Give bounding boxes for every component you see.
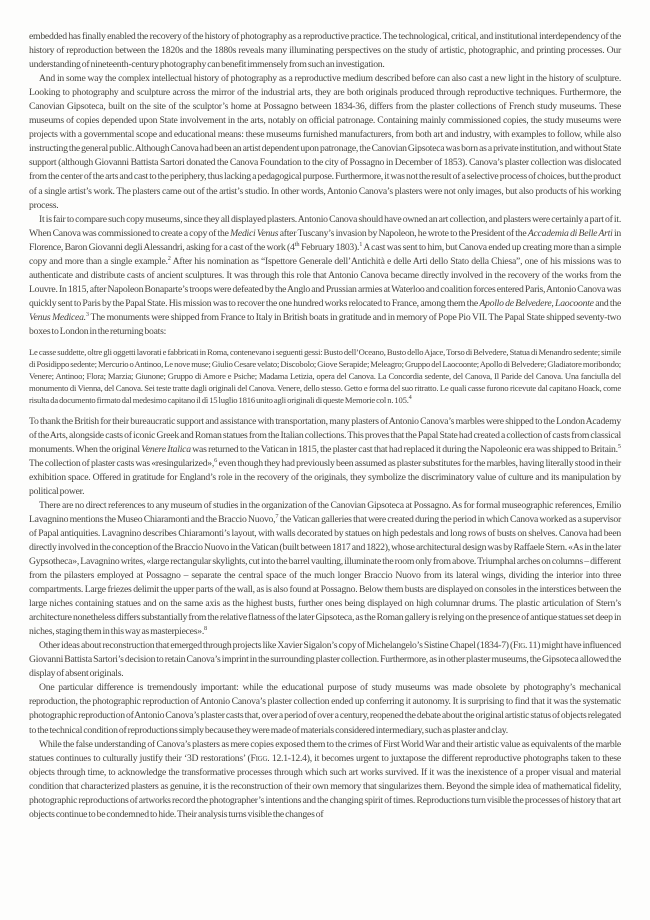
italic-text: Medici Venus (230, 228, 278, 239)
text-run: The collection of plaster casts was «res… (29, 458, 214, 469)
block-quote: Le casse suddette, oltre gli oggetti lav… (29, 346, 621, 406)
footnote-ref: 8 (204, 625, 207, 632)
text-run: after Tuscany’s invasion by Napoleon, he… (278, 228, 528, 239)
text-run: the Vatican galleries that were created … (29, 514, 621, 637)
smallcaps-figure-ref: Fig. (513, 640, 527, 651)
paragraph: While the false understanding of Canova’… (29, 738, 621, 822)
italic-text: Venus Medicea. (29, 312, 86, 323)
text-run: embedded has finally enabled the recover… (29, 31, 621, 70)
paragraph: There are no direct references to any mu… (29, 499, 621, 639)
text-run: February 1803). (300, 242, 360, 253)
paragraph: Other ideas about reconstruction that em… (29, 639, 621, 681)
paragraph: It is fair to compare such copy museums,… (29, 213, 621, 339)
italic-text: Venere Italica (141, 444, 191, 455)
text-run: Other ideas about reconstruction that em… (39, 640, 513, 651)
paragraph: embedded has finally enabled the recover… (29, 30, 621, 72)
text-column: embedded has finally enabled the recover… (29, 30, 621, 822)
paragraph: And in some way the complex intellectual… (29, 72, 621, 212)
text-run: was returned to the Vatican in 1815, the… (191, 444, 618, 455)
text-run: The monuments were shipped from France t… (29, 312, 621, 337)
text-run: and the (594, 298, 621, 309)
text-run: Le casse suddette, oltre gli oggetti lav… (29, 347, 621, 405)
italic-text: Apollo de Belvedere, Laocoonte (479, 298, 593, 309)
text-run: And in some way the complex intellectual… (29, 73, 621, 210)
document-page: embedded has finally enabled the recover… (0, 0, 650, 920)
text-run: One particular difference is tremendousl… (29, 682, 621, 735)
paragraph: One particular difference is tremendousl… (29, 681, 621, 737)
smallcaps-figure-ref: Figg. (250, 753, 269, 764)
italic-text: Accademia di Belle Arti (528, 228, 613, 239)
paragraph: To thank the British for their bureaucra… (29, 415, 621, 499)
footnote-ref: 5 (618, 442, 621, 449)
footnote-ref: 4 (409, 395, 412, 402)
